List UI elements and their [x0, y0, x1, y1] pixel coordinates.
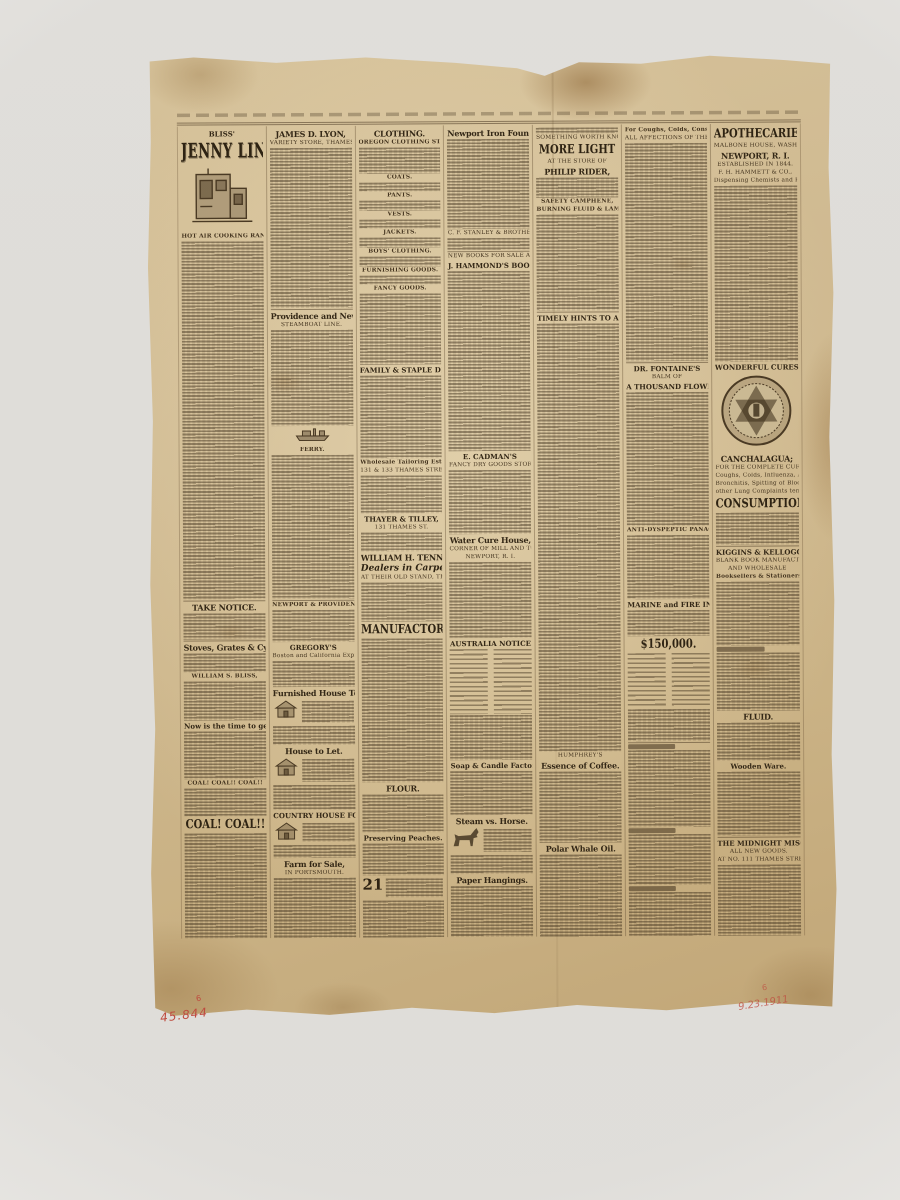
body-text — [484, 829, 532, 852]
ad-headline: SAFETY CAMPHENE, — [536, 198, 618, 205]
body-text — [361, 583, 443, 622]
ad-headline: Boston and California Express. — [272, 653, 354, 660]
ad-headline: Paper Hangings. — [451, 875, 533, 885]
ad-headline: F. H. HAMMETT & CO., — [714, 169, 797, 176]
body-text — [536, 127, 618, 134]
ad-headline: AT THE STORE OF — [536, 159, 618, 166]
ad-headline: BURNING FLUID & LAMP DEPOT, — [536, 206, 618, 213]
body-text — [447, 139, 529, 229]
body-text — [363, 901, 446, 938]
ad-headline: Now is the time to get your COAL. — [184, 721, 266, 730]
body-text — [272, 661, 354, 687]
ad-headline: MALBONE HOUSE, WASHINGTON SQUARE, — [714, 142, 797, 149]
body-text — [451, 855, 533, 875]
body-text — [627, 535, 709, 599]
ad-headline: House to Let. — [273, 746, 355, 756]
body-text — [184, 788, 266, 817]
body-text — [184, 731, 266, 779]
name-list-column — [672, 652, 710, 707]
body-text — [273, 726, 355, 746]
ad-headline: PHILIP RIDER, — [536, 167, 618, 177]
body-text — [302, 823, 354, 842]
ad-headline: Newport Iron Foundry. — [447, 128, 529, 138]
body-text — [628, 750, 710, 827]
body-text — [184, 681, 266, 720]
photo-of-newspaper: { "page": {"description": "Aged scanned … — [0, 0, 900, 1200]
ad-headline: VARIETY STORE, THAMES STREET, NEWPORT, R… — [270, 140, 352, 147]
column-2: JAMES D. LYON,VARIETY STORE, THAMES STRE… — [267, 126, 360, 938]
ad-headline: NEWPORT, R. I. — [449, 553, 531, 560]
body-text — [716, 652, 799, 710]
body-text — [451, 886, 534, 938]
body-text — [386, 878, 443, 897]
ad-headline: NEWPORT & PROVIDENCE. — [272, 602, 354, 609]
print-area: BLISS'JENNY LINDHOT AIR COOKING RANGE.TA… — [177, 123, 805, 938]
ad-headline: ANTI-DYSPEPTIC PANACEA. — [627, 527, 709, 534]
ad-headline: FURNISHING GOODS. — [359, 267, 441, 274]
ad-headline: Furnished House To Let. — [273, 687, 355, 697]
house-engraving — [273, 698, 355, 725]
ad-headline: TAKE NOTICE. — [183, 603, 265, 613]
house-engraving — [273, 821, 355, 845]
body-text — [714, 185, 798, 361]
ad-columns: BLISS'JENNY LINDHOT AIR COOKING RANGE.TA… — [177, 123, 805, 938]
body-text — [359, 182, 441, 192]
name-list — [628, 652, 710, 708]
body-text — [361, 532, 443, 552]
ad-headline: COATS. — [359, 174, 441, 181]
body-text — [359, 275, 441, 285]
ad-headline: THAYER & TILLEY, — [360, 514, 442, 523]
ad-headline: FAMILY & STAPLE DRY GOODS, — [360, 365, 442, 374]
body-text — [629, 833, 711, 885]
ad-headline: $150,000. — [628, 637, 710, 651]
illegible-subhead — [628, 744, 675, 749]
name-list-column — [628, 653, 666, 708]
body-text — [273, 845, 355, 858]
column-5: SOMETHING WORTH KNOWING.MORE LIGHTAT THE… — [533, 124, 626, 936]
body-text — [717, 722, 800, 761]
column-7: APOTHECARIES' HALL,MALBONE HOUSE, WASHIN… — [711, 123, 804, 935]
ad-headline: DR. FONTAINE'S — [626, 363, 708, 372]
stove-engraving — [181, 166, 263, 232]
ad-headline: AUSTRALIA NOTICE. — [450, 639, 532, 648]
body-text — [540, 854, 623, 937]
body-text — [450, 715, 532, 760]
ad-headline: C. F. STANLEY & BROTHER. — [448, 229, 530, 236]
ad-headline: SOMETHING WORTH KNOWING. — [536, 135, 618, 142]
body-text — [629, 892, 712, 937]
body-text — [716, 581, 799, 645]
ad-headline: Water Cure House, — [449, 534, 531, 544]
illegible-subhead — [629, 886, 676, 891]
body-text — [537, 214, 619, 310]
ad-headline: Essence of Coffee. — [539, 761, 621, 771]
body-text — [362, 843, 444, 875]
ad-headline: JACKETS. — [359, 230, 441, 237]
ad-headline: Steam vs. Horse. — [451, 816, 533, 826]
name-list-column — [450, 649, 488, 714]
body-text — [628, 709, 710, 741]
ad-headline: MORE LIGHT — [536, 143, 618, 157]
ad-headline: IN PORTSMOUTH. — [274, 870, 356, 877]
ad-headline: JENNY LIND — [181, 140, 263, 164]
ad-headline: CANCHALAGUA; — [715, 453, 798, 463]
body-text — [625, 143, 708, 361]
ad-headline: Bronchitis, Spitting of Blood, and all — [716, 480, 799, 487]
ad-headline: Stoves, Grates & Cylinders — [184, 642, 266, 652]
ad-headline: FERRY. — [271, 447, 353, 454]
ad-headline: CORNER OF MILL AND TOURO STREETS, — [449, 545, 531, 552]
ad-headline: AT NO. 111 THAMES STREET. — [717, 856, 800, 863]
ad-headline: Farm for Sale, — [273, 859, 355, 869]
ad-headline: A THOUSAND FLOWERS! — [626, 381, 708, 390]
ad-headline: AND WHOLESALE — [716, 565, 799, 572]
newspaper-page: BLISS'JENNY LINDHOT AIR COOKING RANGE.TA… — [145, 52, 838, 1018]
ad-headline: Booksellers & Stationers, — [716, 573, 799, 580]
ad-headline: COUNTRY HOUSE FOR SALE. — [273, 811, 355, 820]
body-text — [359, 293, 441, 364]
ad-headline: AT THEIR OLD STAND, THAMES ST. — [361, 575, 443, 582]
ad-headline: WILLIAM S. BLISS, — [184, 673, 266, 680]
ad-headline: APOTHECARIES' HALL, — [714, 127, 797, 141]
body-text — [185, 834, 268, 939]
body-text — [537, 323, 621, 752]
ad-headline: Providence and Newport, — [271, 311, 353, 321]
ad-headline: Coughs, Colds, Influenza, Asthma, — [715, 472, 798, 479]
body-text — [448, 271, 531, 451]
ad-headline: MANUFACTORY. — [361, 623, 443, 637]
body-text — [181, 241, 265, 600]
body-text — [359, 219, 441, 229]
body-text — [270, 148, 353, 308]
ad-headline: STEAMBOAT LINE. — [271, 322, 353, 329]
body-text — [271, 330, 353, 426]
ad-headline: FOR THE COMPLETE CURE OF — [715, 464, 798, 471]
ad-headline: TIMELY HINTS TO ALL. — [537, 313, 619, 322]
ad-headline: Dealers in Carpetings — [361, 564, 443, 574]
ad-headline: BLISS' — [181, 129, 263, 138]
ad-headline: WONDERFUL CURES! — [715, 362, 798, 371]
ad-headline: HOT AIR COOKING RANGE. — [181, 233, 263, 240]
body-text — [271, 455, 354, 599]
body-text — [448, 237, 530, 250]
number: 21 — [362, 877, 383, 893]
body-text — [536, 178, 618, 198]
body-text — [360, 475, 442, 514]
steamboat-engraving — [271, 427, 353, 446]
handwritten-mark: 6 — [761, 983, 767, 993]
body-text — [184, 653, 266, 673]
column-1: BLISS'JENNY LINDHOT AIR COOKING RANGE.TA… — [178, 126, 271, 938]
ad-headline: 131 & 133 THAMES STREET. — [360, 467, 442, 474]
body-text — [359, 147, 441, 173]
ad-headline: MARINE and FIRE INSURANCE. — [627, 600, 709, 609]
column-4: Newport Iron Foundry.C. F. STANLEY & BRO… — [444, 125, 537, 937]
ad-headline: COAL! COAL!! — [184, 818, 266, 832]
ad-headline: FANCY GOODS. — [359, 285, 441, 292]
ad-headline: VESTS. — [359, 211, 441, 218]
ad-headline: OREGON CLOTHING STORE. — [359, 139, 441, 146]
body-text — [359, 238, 441, 248]
ad-headline: BLANK BOOK MANUFACTURERS, — [716, 557, 799, 564]
illegible-subhead — [629, 828, 676, 833]
ad-headline: E. CADMAN'S — [449, 451, 531, 460]
body-text — [360, 375, 442, 459]
body-text — [718, 864, 802, 935]
ad-headline: Dispensing Chemists and Pharmaceutists. — [714, 177, 797, 184]
body-text — [362, 794, 444, 833]
ad-headline: Polar Whale Oil. — [540, 843, 622, 853]
body-text — [451, 770, 533, 815]
ad-headline: HUMPHREY'S — [539, 753, 621, 760]
ad-headline: KIGGINS & KELLOGG, — [716, 547, 799, 556]
house-engraving — [273, 757, 355, 784]
ad-headline: Wholesale Tailoring Establishment, — [360, 459, 442, 466]
body-text — [361, 638, 444, 782]
ad-headline: ALL NEW GOODS. — [717, 848, 800, 855]
ad-headline: ESTABLISHED IN 1844. — [714, 161, 797, 168]
ad-headline: FANCY DRY GOODS STORE. — [449, 461, 531, 468]
ad-headline: 131 THAMES ST. — [361, 524, 443, 531]
body-text — [539, 772, 621, 843]
ad-headline: Preserving Peaches. — [362, 833, 444, 842]
ad-headline: PANTS. — [359, 192, 441, 199]
body-text — [274, 878, 357, 938]
ad-headline: COAL! COAL!! COAL!! — [184, 780, 266, 787]
ad-headline: BALM OF — [626, 373, 708, 380]
ad-headline: JAMES D. LYON, — [270, 129, 352, 139]
body-text — [183, 614, 265, 640]
body-text — [359, 256, 441, 266]
ad-headline: Wooden Ware. — [717, 761, 800, 770]
name-list — [450, 649, 532, 714]
horse-engraving — [451, 827, 533, 854]
ad-headline: For Coughs, Colds, Consumption, and — [625, 127, 707, 134]
body-text — [272, 610, 354, 642]
body-text — [302, 700, 354, 723]
body-text — [626, 391, 708, 526]
body-text — [273, 784, 355, 810]
body-text — [449, 469, 531, 533]
ad-headline: NEW BOOKS FOR SALE AT — [448, 253, 530, 260]
ad-headline: FLOUR. — [362, 783, 444, 793]
illegible-subhead — [716, 647, 764, 652]
ad-headline: ALL AFFECTIONS OF THE LUNGS. — [625, 135, 707, 142]
ad-headline: other Lung Complaints tending to — [716, 488, 799, 495]
body-text — [450, 561, 532, 638]
ad-headline: THE MIDNIGHT MISCHIEF. — [717, 838, 800, 847]
column-6: For Coughs, Colds, Consumption, andALL A… — [622, 124, 715, 936]
ad-headline: FLUID. — [717, 711, 800, 721]
divider-rule — [628, 742, 710, 743]
body-text — [717, 771, 800, 835]
star-seal-engraving — [715, 372, 798, 452]
ad-headline: WILLIAM H. TENNEY & CO., — [361, 553, 443, 563]
column-3: CLOTHING.OREGON CLOTHING STORE.COATS.PAN… — [355, 125, 448, 937]
ad-headline: J. HAMMOND'S BOOK STORE. — [448, 261, 530, 270]
body-text — [359, 200, 441, 210]
body-text — [302, 759, 354, 782]
name-list-column — [494, 649, 532, 714]
body-text — [627, 610, 709, 636]
ad-headline: GREGORY'S — [272, 643, 354, 652]
ad-headline: CLOTHING. — [358, 128, 440, 138]
ad-headline: BOYS' CLOTHING. — [359, 248, 441, 255]
body-text — [716, 512, 799, 544]
ad-headline: Soap & Candle Factory. — [451, 760, 533, 769]
drop-number: 21 — [362, 876, 444, 900]
ad-headline: NEWPORT, R. I. — [714, 150, 797, 160]
ad-headline: CONSUMPTION. — [716, 497, 799, 511]
